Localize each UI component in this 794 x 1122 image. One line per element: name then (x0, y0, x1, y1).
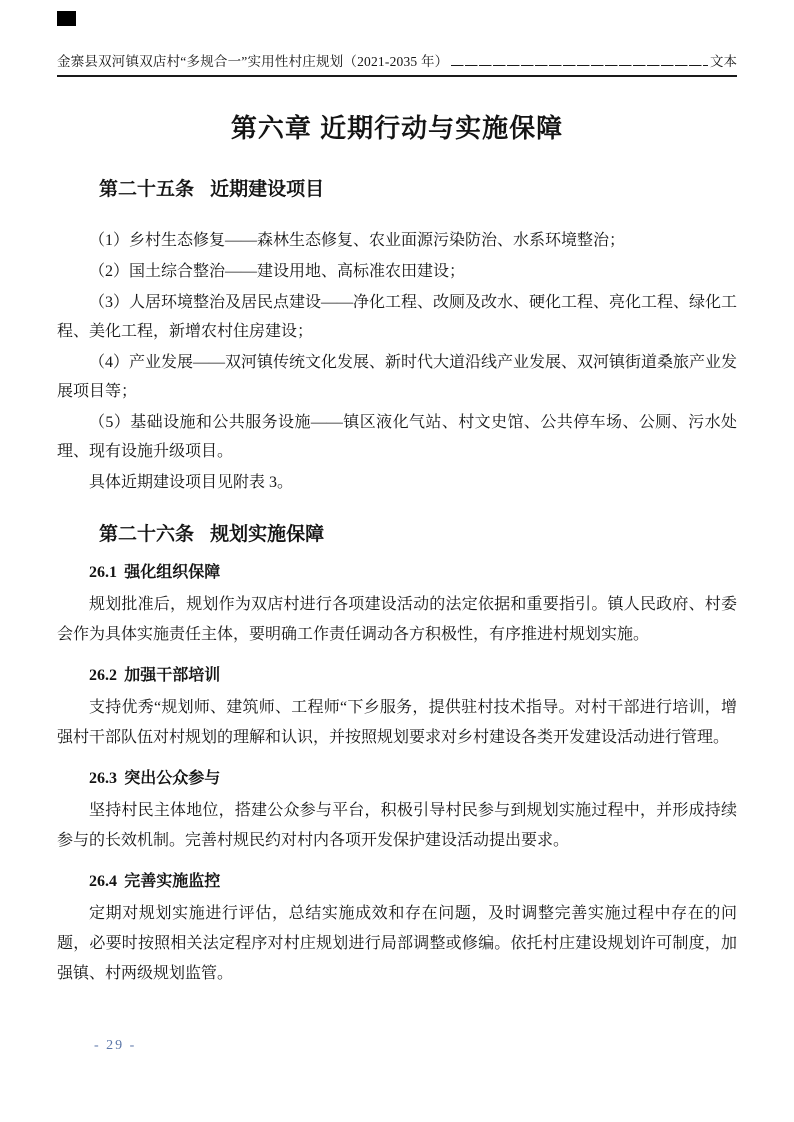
subsection-26-3: 26.3突出公众参与 坚持村民主体地位，搭建公众参与平台，积极引导村民参与到规划… (57, 769, 737, 856)
subsection-26-2-heading: 26.2加强干部培训 (89, 666, 737, 686)
article-25-paragraphs: （1）乡村生态修复——森林生态修复、农业面源污染防治、水系环境整治； （2）国土… (57, 226, 737, 497)
article-26-heading: 第二十六条规划实施保障 (99, 523, 737, 547)
subsection-26-1-body: 规划批准后，规划作为双店村进行各项建设活动的法定依据和重要指引。镇人民政府、村委… (57, 590, 737, 650)
chapter-title: 第六章 近期行动与实施保障 (57, 113, 737, 143)
subsection-26-2-body: 支持优秀“规划师、建筑师、工程师“下乡服务，提供驻村技术指导。对村干部进行培训，… (57, 693, 737, 753)
subsection-26-1-title: 强化组织保障 (124, 564, 220, 581)
subsection-26-4-title: 完善实施监控 (124, 873, 220, 890)
subsection-26-1-heading: 26.1强化组织保障 (89, 563, 737, 583)
subsection-26-2: 26.2加强干部培训 支持优秀“规划师、建筑师、工程师“下乡服务，提供驻村技术指… (57, 666, 737, 753)
paragraph-item-4: （4）产业发展——双河镇传统文化发展、新时代大道沿线产业发展、双河镇街道桑旅产业… (57, 348, 737, 406)
subsection-26-4-heading: 26.4完善实施监控 (89, 872, 737, 892)
subsection-26-3-title: 突出公众参与 (124, 770, 220, 787)
page-header: 金寨县双河镇双店村“多规合一”实用性村庄规划（2021-2035 年） 文本 (57, 53, 737, 77)
header-dash-line (451, 65, 708, 67)
paragraph-appendix-note: 具体近期建设项目见附表 3。 (57, 468, 737, 497)
article-26-title: 规划实施保障 (210, 524, 324, 545)
paragraph-item-3: （3）人居环境整治及居民点建设——净化工程、改厕及改水、硬化工程、亮化工程、绿化… (57, 288, 737, 346)
subsection-26-4: 26.4完善实施监控 定期对规划实施进行评估，总结实施成效和存在问题，及时调整完… (57, 872, 737, 989)
subsection-26-2-number: 26.2 (89, 667, 117, 684)
article-26-number: 第二十六条 (99, 524, 194, 545)
header-right-label: 文本 (710, 53, 737, 70)
corner-black-mark (57, 11, 76, 26)
subsection-26-3-number: 26.3 (89, 770, 117, 787)
article-25-number: 第二十五条 (99, 179, 194, 200)
article-25-heading: 第二十五条近期建设项目 (99, 178, 737, 202)
subsection-26-1: 26.1强化组织保障 规划批准后，规划作为双店村进行各项建设活动的法定依据和重要… (57, 563, 737, 650)
subsection-26-4-body: 定期对规划实施进行评估，总结实施成效和存在问题，及时调整完善实施过程中存在的问题… (57, 899, 737, 989)
subsection-26-1-number: 26.1 (89, 564, 117, 581)
subsection-26-3-body: 坚持村民主体地位，搭建公众参与平台，积极引导村民参与到规划实施过程中，并形成持续… (57, 796, 737, 856)
document-page: 金寨县双河镇双店村“多规合一”实用性村庄规划（2021-2035 年） 文本 第… (0, 0, 794, 1122)
subsection-26-4-number: 26.4 (89, 873, 117, 890)
subsection-26-3-heading: 26.3突出公众参与 (89, 769, 737, 789)
paragraph-item-5: （5）基础设施和公共服务设施——镇区液化气站、村文史馆、公共停车场、公厕、污水处… (57, 408, 737, 466)
subsection-26-2-title: 加强干部培训 (124, 667, 220, 684)
article-25-title: 近期建设项目 (210, 179, 324, 200)
paragraph-item-1: （1）乡村生态修复——森林生态修复、农业面源污染防治、水系环境整治； (57, 226, 737, 255)
page-number: - 29 - (94, 1038, 136, 1054)
paragraph-item-2: （2）国土综合整治——建设用地、高标准农田建设； (57, 257, 737, 286)
header-title: 金寨县双河镇双店村“多规合一”实用性村庄规划（2021-2035 年） (57, 53, 448, 70)
